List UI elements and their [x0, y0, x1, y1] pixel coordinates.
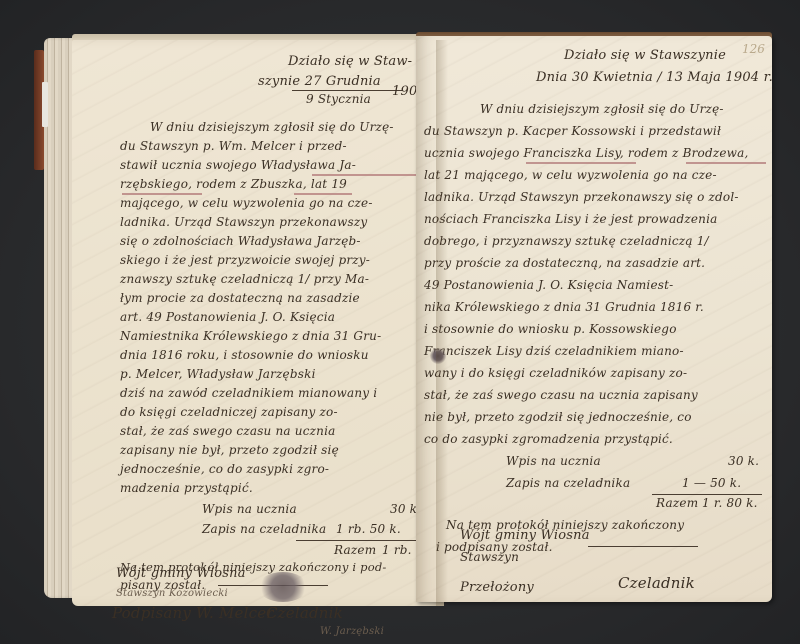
open-register-book: Działo się w Staw- szynie 27 Grudnia 9 S…: [28, 32, 770, 614]
signature-przelozony: Przełożony: [460, 580, 534, 595]
fee-label: Wpis na ucznia: [506, 454, 601, 468]
left-body-line: zapisany nie był, przeto zgodził się: [120, 443, 339, 457]
book-gutter: [436, 40, 448, 606]
signature-journeyman: W. Jarzębski: [320, 626, 384, 637]
fee-label: Zapis na czeladnika: [506, 476, 630, 490]
red-underline-name: [526, 162, 636, 164]
fee-label: Zapis na czeladnika: [202, 522, 326, 536]
red-underline-place: [294, 193, 352, 195]
left-body-line: dziś na zawód czeladnikiem mianowany i: [120, 386, 377, 400]
red-underline-surname: [122, 193, 202, 195]
fee-label: Wpis na ucznia: [202, 502, 297, 516]
right-page: 126 Działo się w Stawszynie Dnia 30 Kwie…: [416, 36, 772, 602]
total-rule: [652, 494, 762, 495]
right-body-line: du Stawszyn p. Kacper Kossowski i przeds…: [424, 124, 721, 138]
red-underline-place: [686, 162, 766, 164]
right-body-line: W dniu dzisiejszym zgłosił się do Urzę-: [480, 102, 724, 116]
signature-wojt: Wójt gminy Wiosna: [460, 528, 590, 543]
right-body-line: ucznia swojego Franciszka Lisy, rodem z …: [424, 146, 749, 160]
right-body-line: Franciszek Lisy dziś czeladnikiem miano-: [424, 344, 684, 358]
left-body-line: rzębskiego, rodem z Zbuszka, lat 19: [120, 177, 347, 191]
left-body-line: p. Melcer, Władysław Jarzębski: [120, 367, 316, 381]
left-header-line-2: szynie 27 Grudnia: [258, 74, 381, 89]
right-body-line: nika Królewskiego z dnia 31 Grudnia 1816…: [424, 300, 704, 314]
fee-amount: 1 — 50 k.: [682, 476, 741, 490]
header-underline: [292, 90, 402, 91]
right-body-line: nie był, przeto zgodził się jednocześnie…: [424, 410, 692, 424]
right-body-line: i stosownie do wniosku p. Kossowskiego: [424, 322, 677, 336]
left-page: Działo się w Staw- szynie 27 Grudnia 9 S…: [72, 40, 444, 606]
total-label: Razem: [334, 543, 376, 557]
left-body-line: łym procie za dostateczną na zasadzie: [120, 291, 360, 305]
left-body-line: do księgi czeladniczej zapisany zo-: [120, 405, 338, 419]
left-body-line: du Stawszyn p. Wm. Melcer i przed-: [120, 139, 347, 153]
left-body-line: madzenia przystąpić.: [120, 481, 253, 495]
signature-czeladnik-label: Czeladnik: [266, 604, 343, 622]
right-body-line: ladnika. Urząd Stawszyn przekonawszy się…: [424, 190, 739, 204]
signature-wojt: Wójt gminy Wiosna: [116, 566, 246, 581]
right-header-line-1: Działo się w Stawszynie: [564, 48, 726, 63]
right-body-line: nościach Franciszka Lisy i że jest prowa…: [424, 212, 717, 226]
signature-podpisany: Podpisany W. Melcer: [112, 604, 274, 622]
left-body-line: się o zdolnościach Władysława Jarzęb-: [120, 234, 361, 248]
total-label: Razem: [656, 496, 698, 510]
left-header-line-1: Działo się w Staw-: [288, 54, 412, 69]
left-body-line: art. 49 Postanowienia J. O. Księcia: [120, 310, 335, 324]
right-body-line: dobrego, i przyznawszy sztukę czeladnicz…: [424, 234, 709, 248]
right-body-line: 49 Postanowienia J. O. Księcia Namiest-: [424, 278, 673, 292]
fee-amount: 30 k.: [728, 454, 759, 468]
signature-czeladnik: Czeladnik: [618, 574, 695, 592]
signature-office: Stawszyn Kozowiecki: [116, 588, 228, 599]
total-rule: [296, 540, 436, 541]
signature-office: Stawszyn: [460, 550, 519, 564]
left-body-line: stał, że zaś swego czasu na ucznia: [120, 424, 335, 438]
left-body-line: ladnika. Urząd Stawszyn przekonawszy: [120, 215, 367, 229]
signature-underline: [588, 546, 698, 547]
left-body-line: stawił ucznia swojego Władysława Ja-: [120, 158, 356, 172]
right-header-line-2: Dnia 30 Kwietnia / 13 Maja 1904 r.: [536, 70, 773, 85]
left-body-line: mającego, w celu wyzwolenia go na cze-: [120, 196, 373, 210]
right-body-line: stał, że zaś swego czasu na ucznia zapis…: [424, 388, 698, 402]
fee-amount: 1 rb. 50 k.: [336, 522, 401, 536]
left-body-line: znawszy sztukę czeladniczą 1/ przy Ma-: [120, 272, 369, 286]
left-body-line: skiego i że jest przyzwoicie swojej przy…: [120, 253, 370, 267]
right-body-line: co do zasypki zgromadzenia przystąpić.: [424, 432, 673, 446]
page-number: 126: [742, 42, 765, 56]
left-header-line-3: 9 Stycznia: [306, 92, 371, 106]
right-body-line: lat 21 mającego, w celu wyzwolenia go na…: [424, 168, 717, 182]
left-body-line: W dniu dzisiejszym zgłosił się do Urzę-: [150, 120, 394, 134]
right-body-line: wany i do księgi czeladników zapisany zo…: [424, 366, 687, 380]
total-amount: 1 r. 80 k.: [702, 496, 758, 510]
ink-smudge: [258, 572, 308, 602]
right-body-line: przy proście za dostateczną, na zasadzie…: [424, 256, 705, 270]
left-body-line: Namiestnika Królewskiego z dnia 31 Gru-: [120, 329, 381, 343]
paper-tab: [42, 82, 48, 127]
left-body-line: jednocześnie, co do zasypki zgro-: [120, 462, 329, 476]
left-body-line: dnia 1816 roku, i stosownie do wniosku: [120, 348, 369, 362]
